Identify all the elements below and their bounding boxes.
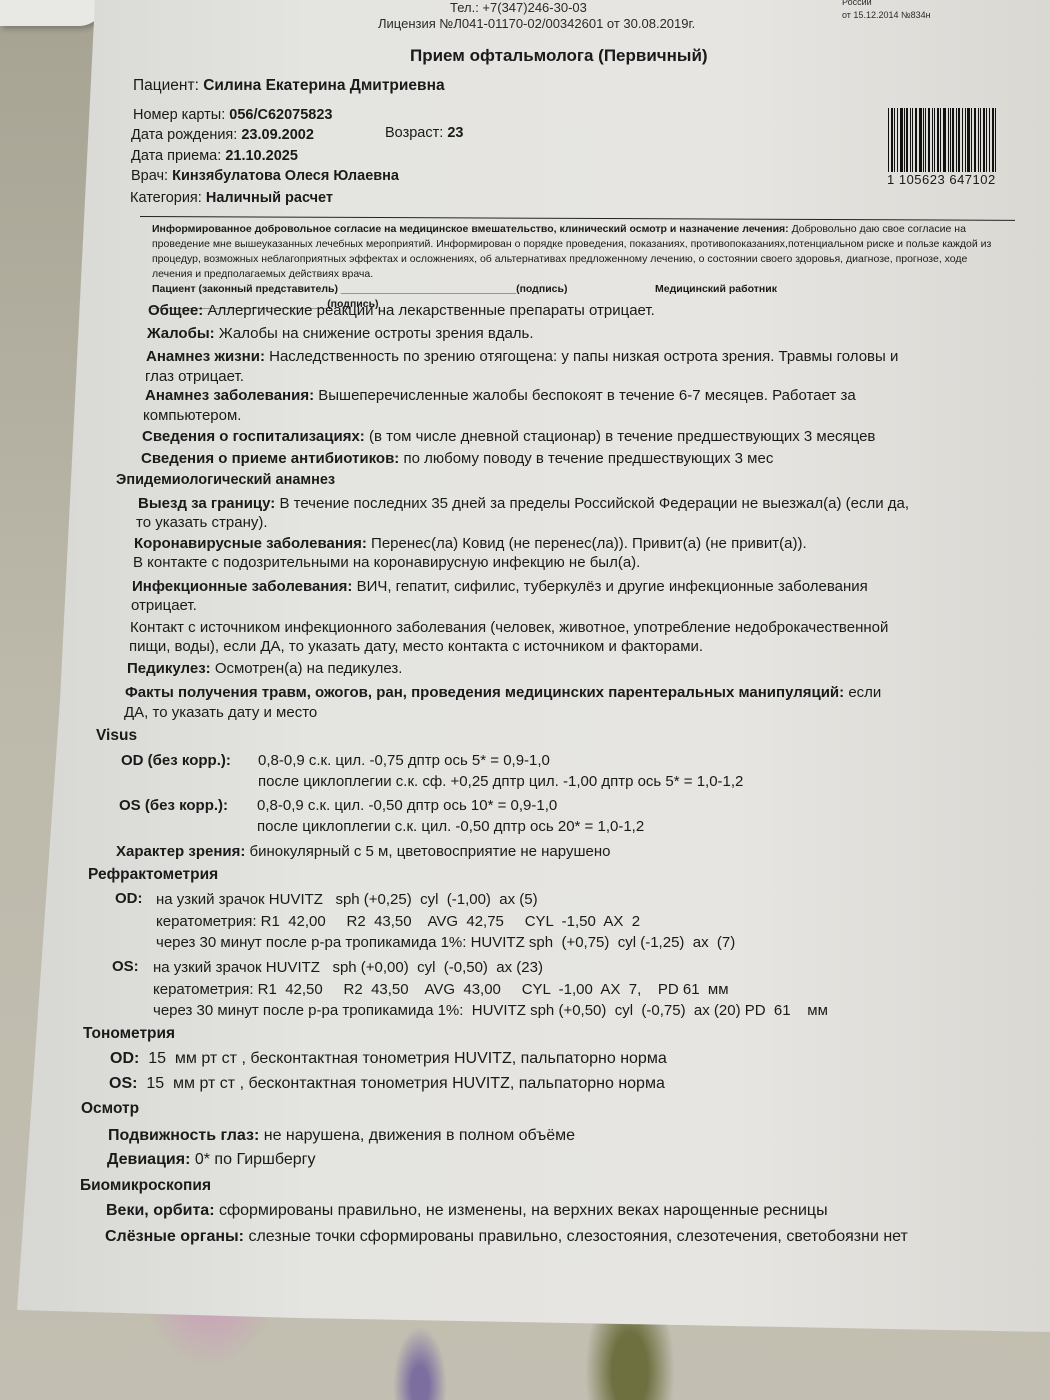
barcode-bar — [986, 108, 987, 172]
visit-date: 21.10.2025 — [225, 148, 298, 164]
barcode-bar — [950, 108, 951, 172]
biomicroscopy-title: Биомикроскопия — [80, 1177, 211, 1195]
lacrimal-label: Слёзные органы: — [105, 1228, 244, 1245]
general-row: Общее: Аллергические реакции на лекарств… — [148, 302, 655, 319]
header-divider — [140, 216, 1015, 221]
visus-od-label: OD (без корр.): — [121, 752, 231, 769]
tono-os-label: OS: — [109, 1075, 137, 1092]
tono-os-text: 15 мм рт ст , бесконтактная тонометрия H… — [146, 1075, 665, 1092]
covid-row: Коронавирусные заболевания: Перенес(ла) … — [134, 535, 807, 552]
vision-character-label: Характер зрения: — [116, 843, 245, 860]
complaints-label: Жалобы: — [147, 325, 215, 342]
visit-date-label: Дата приема: — [131, 148, 221, 164]
epid-title: Эпидемиологический анамнез — [116, 472, 335, 488]
infections-row: Инфекционные заболевания: ВИЧ, гепатит, … — [132, 578, 868, 595]
lids-row: Веки, орбита: сформированы правильно, не… — [106, 1202, 828, 1220]
antibiotics-text: по любому поводу в течение предшествующи… — [403, 450, 773, 467]
page-title: Прием офтальмолога (Первичный) — [410, 46, 708, 66]
barcode-bar — [932, 108, 933, 172]
barcode-bar — [937, 108, 939, 172]
barcode-bar — [904, 108, 905, 172]
life-history-label: Анамнез жизни: — [146, 348, 265, 365]
visus-os-line-1: 0,8-0,9 с.к. цил. -0,50 дптр ось 10* = 0… — [257, 797, 557, 814]
dob-label: Дата рождения: — [131, 127, 237, 143]
visus-od-line-2: после циклоплегии с.к. сф. +0,25 дптр ци… — [258, 773, 743, 790]
disease-history-label: Анамнез заболевания: — [145, 387, 314, 404]
disease-history-row: Анамнез заболевания: Вышеперечисленные ж… — [145, 387, 856, 404]
refracto-od-line-1: на узкий зрачок HUVITZ sph (+0,25) cyl (… — [156, 891, 538, 908]
vision-character-text: бинокулярный с 5 м, цветовосприятие не н… — [250, 843, 611, 860]
barcode-bar — [894, 108, 895, 172]
barcode-bar — [906, 108, 908, 172]
vision-character-row: Характер зрения: бинокулярный с 5 м, цве… — [116, 843, 610, 860]
clinic-phone: Тел.: +7(347)246-30-03 — [450, 0, 587, 15]
patient-signature-line: Пациент (законный представитель) _______… — [152, 283, 567, 295]
general-text: Аллергические реакции на лекарственные п… — [207, 302, 654, 319]
barcode-bar — [989, 108, 990, 172]
barcode-bar — [915, 108, 917, 172]
barcode-bar — [928, 108, 930, 172]
barcode-bar — [910, 108, 911, 172]
lacrimal-text: слезные точки сформированы правильно, сл… — [248, 1228, 907, 1245]
refractometry-title: Рефрактометрия — [88, 866, 218, 884]
consent-heading: Информированное добровольное согласие на… — [152, 223, 789, 235]
barcode-bar — [912, 108, 913, 172]
life-history-text: Наследственность по зрению отягощена: у … — [269, 348, 898, 365]
refracto-od-line-3: через 30 минут после р-ра тропикамида 1%… — [156, 934, 735, 951]
refracto-od-label: OD: — [115, 890, 143, 907]
barcode-bar — [956, 108, 957, 172]
barcode-bar — [962, 108, 963, 172]
patient-name: Силина Екатерина Дмитриевна — [203, 77, 444, 94]
barcode-bar — [923, 108, 924, 172]
covid-cont: В контакте с подозрительными на коронави… — [133, 554, 640, 571]
order-line-2: от 15.12.2014 №834н — [842, 10, 931, 20]
refracto-od-line-2: кератометрия: R1 42,00 R2 43,50 AVG 42,7… — [156, 913, 640, 930]
dob-row: Дата рождения: 23.09.2002 — [131, 127, 314, 143]
barcode-bar — [891, 108, 893, 172]
barcode-bar — [888, 108, 889, 172]
hospitalizations-label: Сведения о госпитализациях: — [142, 428, 365, 445]
doctor-row: Врач: Кинзябулатова Олеся Юлаевна — [131, 168, 399, 184]
disease-history-text: Вышеперечисленные жалобы беспокоят в теч… — [318, 387, 855, 404]
visus-title: Visus — [96, 727, 137, 745]
covid-label: Коронавирусные заболевания: — [134, 535, 367, 552]
infections-label: Инфекционные заболевания: — [132, 578, 352, 595]
pediculosis-label: Педикулез: — [127, 660, 211, 677]
visus-os-label: OS (без корр.): — [119, 797, 228, 814]
barcode-bar — [952, 108, 954, 172]
abroad-row: Выезд за границу: В течение последних 35… — [138, 495, 909, 512]
eye-mobility-text: не нарушена, движения в полном объёме — [264, 1127, 575, 1144]
refracto-os-line-2: кератометрия: R1 42,50 R2 43,50 AVG 43,0… — [153, 981, 729, 998]
barcode-bar — [978, 108, 979, 172]
general-label: Общее: — [148, 302, 203, 319]
eye-mobility-label: Подвижность глаз: — [108, 1127, 259, 1144]
barcode-bar — [919, 108, 922, 172]
tono-os-row: OS: 15 мм рт ст , бесконтактная тонометр… — [109, 1075, 665, 1093]
exam-title: Осмотр — [81, 1100, 139, 1118]
age-label: Возраст: — [385, 125, 443, 141]
card-number-row: Номер карты: 056/С62075823 — [133, 107, 332, 123]
hospitalizations-row: Сведения о госпитализациях: (в том числе… — [142, 428, 875, 445]
card-number-label: Номер карты: — [133, 107, 225, 123]
barcode — [888, 108, 1010, 172]
disease-history-cont: компьютером. — [143, 407, 241, 424]
infections-cont: отрицает. — [131, 597, 197, 614]
barcode-bar — [983, 108, 985, 172]
abroad-label: Выезд за границу: — [138, 495, 275, 512]
age-row: Возраст: 23 — [385, 125, 463, 141]
hospitalizations-text: (в том числе дневной стационар) в течени… — [369, 428, 875, 445]
lids-label: Веки, орбита: — [106, 1202, 215, 1219]
barcode-bar — [965, 108, 966, 172]
covid-text: Перенес(ла) Ковид (не перенес(ла)). Прив… — [371, 535, 807, 552]
consent-block: Информированное добровольное согласие на… — [152, 222, 1002, 312]
deviation-row: Девиация: 0* по Гиршбергу — [107, 1151, 316, 1169]
barcode-bar — [925, 108, 926, 172]
trauma-row: Факты получения травм, ожогов, ран, пров… — [125, 684, 881, 701]
trauma-text: если — [848, 684, 881, 701]
visus-od-line-1: 0,8-0,9 с.к. цил. -0,75 дптр ось 5* = 0,… — [258, 752, 550, 769]
contact-row: Контакт с источником инфекционного забол… — [130, 619, 888, 636]
doctor-label: Врач: — [131, 168, 168, 184]
doctor-name: Кинзябулатова Олеся Юлаевна — [172, 168, 399, 184]
card-number: 056/С62075823 — [229, 107, 332, 123]
pediculosis-text: Осмотрен(а) на педикулез. — [215, 660, 403, 677]
clinic-license: Лицензия №Л041-01170-02/00342601 от 30.0… — [378, 16, 695, 31]
antibiotics-label: Сведения о приеме антибиотиков: — [141, 450, 399, 467]
document-content: Тел.: +7(347)246-30-03 Лицензия №Л041-01… — [0, 0, 1050, 1400]
visit-date-row: Дата приема: 21.10.2025 — [131, 148, 298, 164]
contact-cont: пищи, воды), если ДА, то указать дату, м… — [129, 638, 703, 655]
tono-od-row: OD: 15 мм рт ст , бесконтактная тонометр… — [110, 1050, 667, 1068]
patient-name-label: Пациент: — [133, 77, 199, 94]
barcode-bar — [980, 108, 981, 172]
barcode-bar — [934, 108, 935, 172]
trauma-cont: ДА, то указать дату и место — [124, 704, 317, 721]
deviation-label: Девиация: — [107, 1151, 190, 1168]
category-label: Категория: — [130, 190, 202, 206]
barcode-bar — [971, 108, 972, 172]
tono-od-text: 15 мм рт ст , бесконтактная тонометрия H… — [148, 1050, 667, 1067]
medic-label: Медицинский работник — [655, 282, 777, 297]
visus-os-line-2: после циклоплегии с.к. цил. -0,50 дптр о… — [257, 818, 644, 835]
complaints-row: Жалобы: Жалобы на снижение остроты зрени… — [147, 325, 534, 342]
barcode-bar — [995, 108, 996, 172]
dob-value: 23.09.2002 — [241, 127, 314, 143]
barcode-bar — [992, 108, 994, 172]
deviation-text: 0* по Гиршбергу — [195, 1151, 316, 1168]
barcode-bar — [948, 108, 949, 172]
barcode-bar — [974, 108, 976, 172]
lids-text: сформированы правильно, не изменены, на … — [219, 1202, 828, 1219]
life-history-cont: глаз отрицает. — [145, 368, 244, 385]
antibiotics-row: Сведения о приеме антибиотиков: по любом… — [141, 450, 773, 467]
barcode-bar — [958, 108, 960, 172]
barcode-bar — [900, 108, 903, 172]
life-history-row: Анамнез жизни: Наследственность по зрени… — [146, 348, 898, 365]
age-value: 23 — [447, 125, 463, 141]
category-value: Наличный расчет — [206, 190, 333, 206]
refracto-os-label: OS: — [112, 958, 139, 975]
refracto-os-line-1: на узкий зрачок HUVITZ sph (+0,00) cyl (… — [153, 959, 543, 976]
patient-name-row: Пациент: Силина Екатерина Дмитриевна — [133, 77, 445, 95]
eye-mobility-row: Подвижность глаз: не нарушена, движения … — [108, 1127, 575, 1145]
barcode-bar — [897, 108, 898, 172]
complaints-text: Жалобы на снижение остроты зрения вдаль. — [219, 325, 534, 342]
lacrimal-row: Слёзные органы: слезные точки сформирова… — [105, 1228, 908, 1246]
barcode-number: 1 105623 647102 — [887, 172, 996, 187]
pediculosis-row: Педикулез: Осмотрен(а) на педикулез. — [127, 660, 402, 677]
tonometry-title: Тонометрия — [83, 1025, 175, 1043]
category-row: Категория: Наличный расчет — [130, 190, 333, 206]
tono-od-label: OD: — [110, 1050, 139, 1067]
barcode-bar — [943, 108, 946, 172]
barcode-bar — [940, 108, 941, 172]
order-line-1: России — [842, 0, 872, 7]
infections-text: ВИЧ, гепатит, сифилис, туберкулёз и друг… — [357, 578, 868, 595]
abroad-cont: то указать страну). — [136, 514, 268, 531]
refracto-os-line-3: через 30 минут после р-ра тропикамида 1%… — [153, 1002, 828, 1019]
trauma-label: Факты получения травм, ожогов, ран, пров… — [125, 684, 844, 701]
barcode-bar — [967, 108, 970, 172]
abroad-text: В течение последних 35 дней за пределы Р… — [279, 495, 909, 512]
